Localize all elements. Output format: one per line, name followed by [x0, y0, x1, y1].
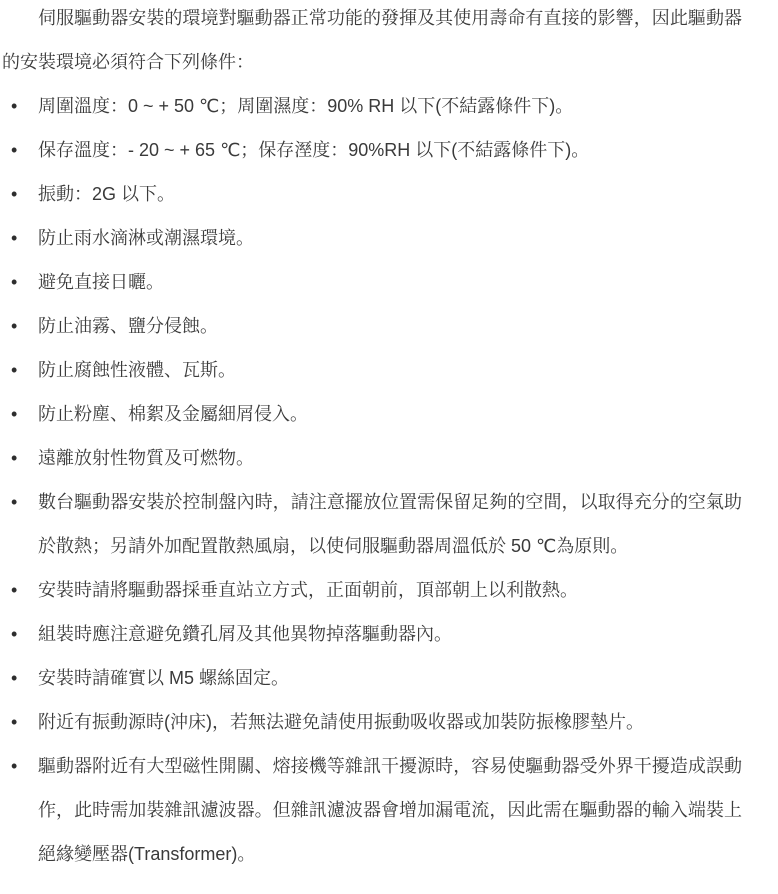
bullet-icon: •: [11, 304, 17, 348]
bullet-item-vibration-source: • 附近有振動源時(沖床)，若無法避免請使用振動吸收器或加裝防振橡膠墊片。: [2, 700, 742, 744]
bullet-item-noise-interference: • 驅動器附近有大型磁性開關、熔接機等雜訊干擾源時，容易使驅動器受外界干擾造成誤…: [2, 744, 742, 876]
bullet-text: 遠離放射性物質及可燃物。: [38, 448, 254, 468]
bullet-text: 安裝時請將驅動器採垂直站立方式，正面朝前，頂部朝上以利散熱。: [38, 580, 578, 600]
bullet-icon: •: [11, 260, 17, 304]
bullet-text: 組裝時應注意避免鑽孔屑及其他異物掉落驅動器內。: [38, 624, 452, 644]
bullet-item-ambient-temp: • 周圍溫度：0 ~ + 50 ℃；周圍濕度：90% RH 以下(不結露條件下)…: [2, 84, 742, 128]
bullet-text: 附近有振動源時(沖床)，若無法避免請使用振動吸收器或加裝防振橡膠墊片。: [38, 712, 644, 732]
bullet-item-oil-salt: • 防止油霧、鹽分侵蝕。: [2, 304, 742, 348]
bullet-icon: •: [11, 172, 17, 216]
bullet-text: 保存溫度：- 20 ~ + 65 ℃；保存溼度：90%RH 以下(不結露條件下)…: [38, 140, 589, 160]
bullet-item-rain-moisture: • 防止雨水滴淋或潮濕環境。: [2, 216, 742, 260]
intro-paragraph: 伺服驅動器安裝的環境對驅動器正常功能的發揮及其使用壽命有直接的影響，因此驅動器的…: [2, 0, 742, 84]
bullet-item-corrosive: • 防止腐蝕性液體、瓦斯。: [2, 348, 742, 392]
bullet-icon: •: [11, 216, 17, 260]
bullet-item-sunlight: • 避免直接日曬。: [2, 260, 742, 304]
bullet-icon: •: [11, 128, 17, 172]
bullet-icon: •: [11, 392, 17, 436]
bullet-text: 防止雨水滴淋或潮濕環境。: [38, 228, 254, 248]
bullet-icon: •: [11, 744, 17, 788]
bullet-text: 振動：2G 以下。: [38, 184, 175, 204]
bullet-item-cabinet-spacing: • 數台驅動器安裝於控制盤內時，請注意擺放位置需保留足夠的空間，以取得充分的空氣…: [2, 480, 742, 568]
bullet-icon: •: [11, 656, 17, 700]
document-page: 伺服驅動器安裝的環境對驅動器正常功能的發揮及其使用壽命有直接的影響，因此驅動器的…: [0, 0, 778, 876]
bullet-item-storage-temp: • 保存溫度：- 20 ~ + 65 ℃；保存溼度：90%RH 以下(不結露條件…: [2, 128, 742, 172]
bullet-icon: •: [11, 612, 17, 656]
bullet-text: 周圍溫度：0 ~ + 50 ℃；周圍濕度：90% RH 以下(不結露條件下)。: [38, 96, 573, 116]
bullet-icon: •: [11, 480, 17, 524]
bullet-text: 防止油霧、鹽分侵蝕。: [38, 316, 218, 336]
bullet-item-dust-debris: • 防止粉塵、棉絮及金屬細屑侵入。: [2, 392, 742, 436]
bullet-text: 防止粉塵、棉絮及金屬細屑侵入。: [38, 404, 308, 424]
bullet-text: 避免直接日曬。: [38, 272, 164, 292]
bullet-icon: •: [11, 84, 17, 128]
bullet-item-m5-screws: • 安裝時請確實以 M5 螺絲固定。: [2, 656, 742, 700]
bullet-list: • 周圍溫度：0 ~ + 50 ℃；周圍濕度：90% RH 以下(不結露條件下)…: [2, 84, 778, 876]
bullet-text: 防止腐蝕性液體、瓦斯。: [38, 360, 236, 380]
bullet-text: 安裝時請確實以 M5 螺絲固定。: [38, 668, 289, 688]
bullet-icon: •: [11, 568, 17, 612]
bullet-icon: •: [11, 348, 17, 392]
bullet-icon: •: [11, 700, 17, 744]
bullet-text: 驅動器附近有大型磁性開關、熔接機等雜訊干擾源時，容易使驅動器受外界干擾造成誤動作…: [38, 756, 742, 864]
bullet-icon: •: [11, 436, 17, 480]
bullet-text: 數台驅動器安裝於控制盤內時，請注意擺放位置需保留足夠的空間，以取得充分的空氣助於…: [38, 492, 742, 556]
bullet-item-vibration: • 振動：2G 以下。: [2, 172, 742, 216]
bullet-item-radioactive: • 遠離放射性物質及可燃物。: [2, 436, 742, 480]
bullet-item-vertical-mounting: • 安裝時請將驅動器採垂直站立方式，正面朝前，頂部朝上以利散熱。: [2, 568, 742, 612]
bullet-item-drill-chips: • 組裝時應注意避免鑽孔屑及其他異物掉落驅動器內。: [2, 612, 742, 656]
